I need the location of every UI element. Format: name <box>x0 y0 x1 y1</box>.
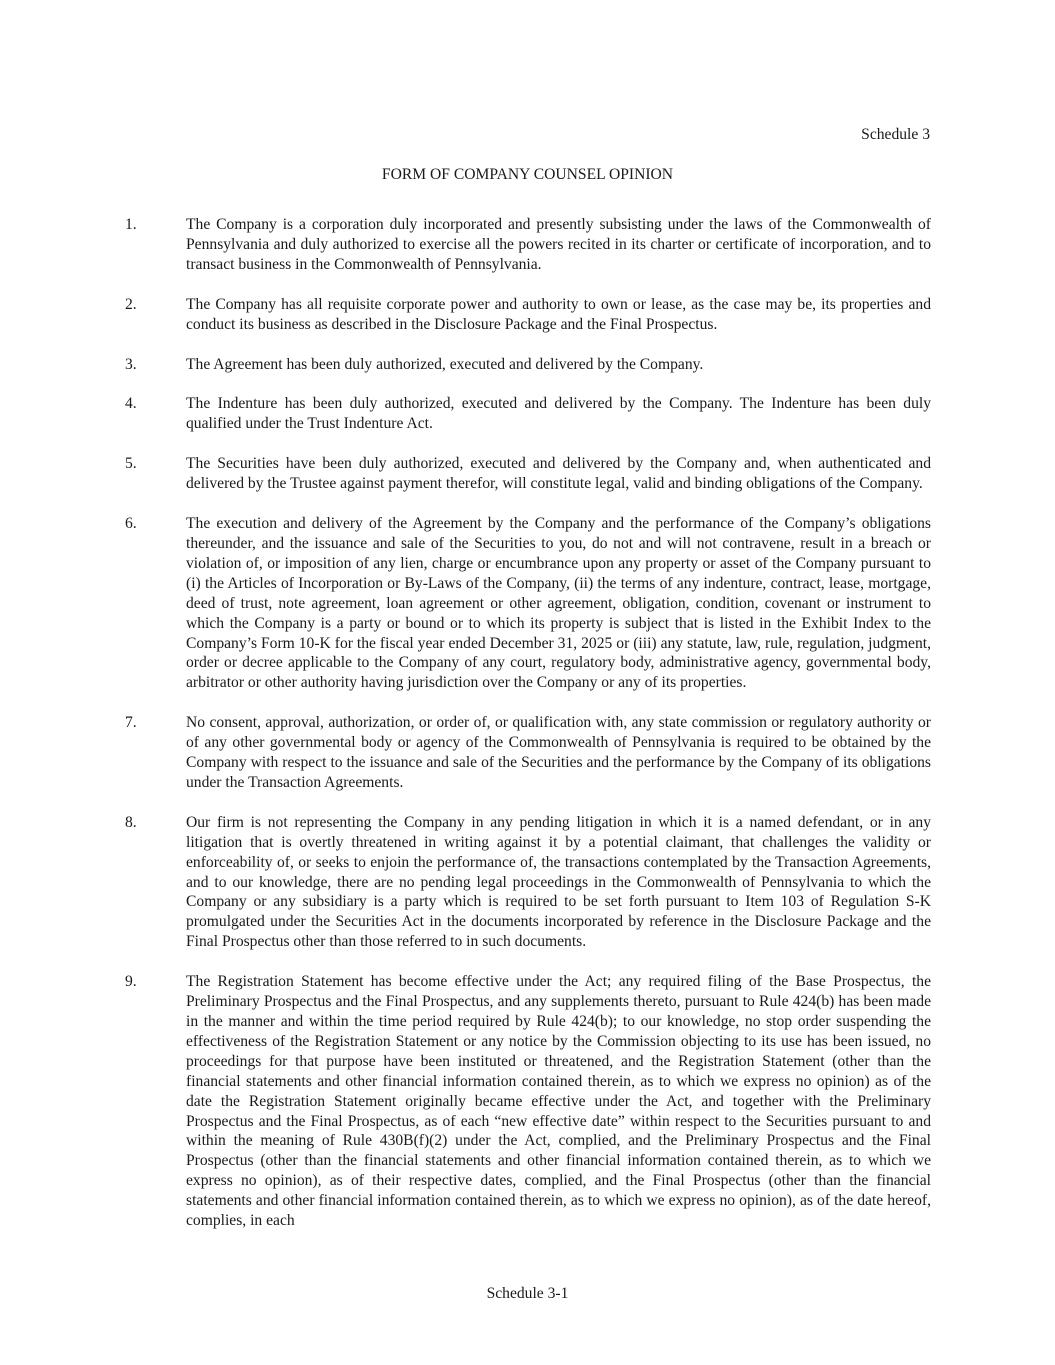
item-number: 9. <box>125 972 186 1231</box>
item-number: 6. <box>125 514 186 693</box>
opinion-item-9: 9. The Registration Statement has become… <box>125 972 931 1231</box>
item-text: The Agreement has been duly authorized, … <box>186 355 931 375</box>
opinion-item-1: 1. The Company is a corporation duly inc… <box>125 215 931 275</box>
item-number: 1. <box>125 215 186 275</box>
item-text: The Securities have been duly authorized… <box>186 454 931 494</box>
document-page: Schedule 3 FORM OF COMPANY COUNSEL OPINI… <box>0 0 1055 1365</box>
opinion-item-6: 6. The execution and delivery of the Agr… <box>125 514 931 693</box>
item-text: The Company is a corporation duly incorp… <box>186 215 931 275</box>
opinion-item-7: 7. No consent, approval, authorization, … <box>125 713 931 793</box>
item-number: 2. <box>125 295 186 335</box>
item-text: The execution and delivery of the Agreem… <box>186 514 931 693</box>
document-title: FORM OF COMPANY COUNSEL OPINION <box>0 165 1055 185</box>
schedule-label: Schedule 3 <box>861 125 930 145</box>
opinion-item-2: 2. The Company has all requisite corpora… <box>125 295 931 335</box>
opinion-item-4: 4. The Indenture has been duly authorize… <box>125 394 931 434</box>
item-text: The Registration Statement has become ef… <box>186 972 931 1231</box>
item-text: No consent, approval, authorization, or … <box>186 713 931 793</box>
item-number: 7. <box>125 713 186 793</box>
opinion-item-8: 8. Our firm is not representing the Comp… <box>125 813 931 952</box>
item-number: 8. <box>125 813 186 952</box>
item-number: 4. <box>125 394 186 434</box>
opinion-item-5: 5. The Securities have been duly authori… <box>125 454 931 494</box>
item-number: 3. <box>125 355 186 375</box>
item-text: Our firm is not representing the Company… <box>186 813 931 952</box>
opinion-list: 1. The Company is a corporation duly inc… <box>125 215 931 1251</box>
item-number: 5. <box>125 454 186 494</box>
opinion-item-3: 3. The Agreement has been duly authorize… <box>125 355 931 375</box>
item-text: The Indenture has been duly authorized, … <box>186 394 931 434</box>
page-footer: Schedule 3-1 <box>0 1284 1055 1304</box>
item-text: The Company has all requisite corporate … <box>186 295 931 335</box>
